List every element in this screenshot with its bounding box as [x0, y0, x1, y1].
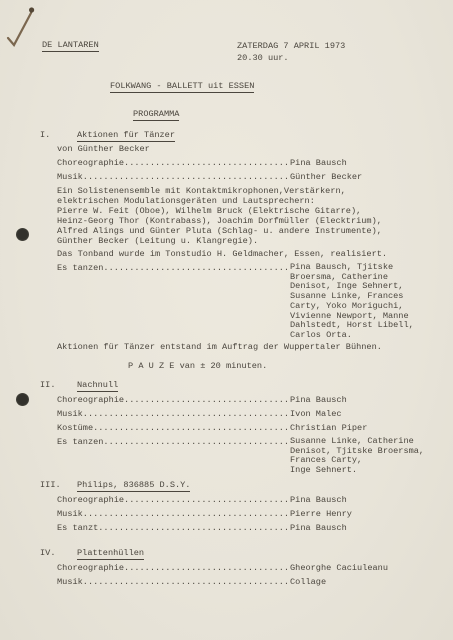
credit-label: Es tanzen [57, 263, 103, 273]
credit-label: Musik [57, 409, 83, 419]
paragraph-line: Alfred Alings und Günter Pluta (Schlag- … [57, 226, 382, 236]
program-heading: PROGRAMMA [133, 109, 179, 119]
company-title: FOLKWANG - BALLETT uit ESSEN [110, 81, 254, 91]
credit-row: Choreographie Gheorghe Caciuleanu [57, 563, 427, 573]
paragraph-line: Günther Becker (Leitung u. Klangregie). [57, 236, 382, 246]
credit-row: Musik Günther Becker [57, 172, 427, 182]
credit-value: Christian Piper [290, 423, 367, 433]
dancer-line: Inge Sehnert. [290, 466, 424, 476]
section-1-dancers: Es tanzen Pina Bausch, Tjitske Broersma,… [57, 263, 427, 345]
section-1-ensemble-paragraph: Ein Solistenensemble mit Kontaktmikropho… [57, 186, 382, 246]
credit-value: Pina Bausch [290, 523, 347, 533]
section-4-title: Plattenhüllen [77, 548, 144, 558]
credit-row: Musik Collage [57, 577, 427, 587]
credit-row: Musik Pierre Henry [57, 509, 427, 519]
credit-label: Choreographie [57, 563, 124, 573]
dot-leader [83, 172, 290, 182]
credit-value: Günther Becker [290, 172, 362, 182]
credit-label: Musik [57, 509, 83, 519]
dot-leader [83, 577, 290, 587]
time-line: 20.30 uur. [237, 52, 345, 64]
dot-leader [124, 563, 290, 573]
credit-row: Kostüme Christian Piper [57, 423, 427, 433]
dot-leader [103, 263, 290, 273]
dancers-list: Susanne Linke, Catherine Denisot, Tjitsk… [290, 437, 424, 476]
section-1-subtitle: von Günther Becker [57, 144, 150, 154]
section-3-numeral: III. [40, 480, 61, 490]
credit-row: Es tanzt Pina Bausch [57, 523, 427, 533]
credit-value: Gheorghe Caciuleanu [290, 563, 388, 573]
dot-leader [124, 158, 290, 168]
section-1-footnote: Aktionen für Tänzer entstand im Auftrag … [57, 342, 382, 352]
paragraph-line: Ein Solistenensemble mit Kontaktmikropho… [57, 186, 382, 196]
credit-value: Pina Bausch [290, 158, 347, 168]
venue-name-text: DE LANTAREN [42, 40, 99, 52]
paragraph-line: elektrischen Modulationsgeräten und Laut… [57, 196, 382, 206]
handwritten-checkmark-icon [3, 3, 37, 49]
dot-leader [124, 495, 290, 505]
section-2-title: Nachnull [77, 380, 118, 390]
dancer-line: Carlos Orta. [290, 331, 414, 341]
credit-row: Choreographie Pina Bausch [57, 158, 427, 168]
credit-label: Choreographie [57, 158, 124, 168]
credit-label: Choreographie [57, 495, 124, 505]
credit-value: Collage [290, 577, 326, 587]
section-1-credits: Choreographie Pina Bausch Musik Günther … [57, 158, 427, 186]
credit-row: Musik Ivon Malec [57, 409, 427, 419]
section-2-numeral: II. [40, 380, 55, 390]
credit-label: Es tanzen [57, 437, 103, 447]
credit-label: Kostüme [57, 423, 93, 433]
credit-value: Ivon Malec [290, 409, 342, 419]
venue-name: DE LANTAREN [42, 40, 99, 50]
section-4-credits: Choreographie Gheorghe Caciuleanu Musik … [57, 563, 427, 591]
section-3-credits: Choreographie Pina Bausch Musik Pierre H… [57, 495, 427, 537]
scanned-program-page: DE LANTAREN ZATERDAG 7 APRIL 1973 20.30 … [0, 0, 453, 640]
dot-leader [124, 395, 290, 405]
section-2-credits: Choreographie Pina Bausch Musik Ivon Mal… [57, 395, 427, 480]
section-1-tape-note: Das Tonband wurde im Tonstudio H. Geldma… [57, 249, 387, 259]
dot-leader [98, 523, 290, 533]
dancers-list: Pina Bausch, Tjitske Broersma, Catherine… [290, 263, 414, 341]
program-heading-text: PROGRAMMA [133, 109, 179, 121]
hole-punch-top [16, 228, 29, 241]
dot-leader [83, 409, 290, 419]
pause-line: P A U Z E van ± 20 minuten. [128, 361, 267, 371]
credit-row: Choreographie Pina Bausch [57, 495, 427, 505]
credit-row: Choreographie Pina Bausch [57, 395, 427, 405]
section-1-title: Aktionen für Tänzer [77, 130, 175, 140]
dot-leader [103, 437, 290, 447]
paragraph-line: Heinz-Georg Thor (Kontrabass), Joachim D… [57, 216, 382, 226]
section-1-numeral: I. [40, 130, 50, 140]
credit-value: Pierre Henry [290, 509, 352, 519]
section-4-numeral: IV. [40, 548, 55, 558]
credit-value: Pina Bausch [290, 495, 347, 505]
company-title-text: FOLKWANG - BALLETT uit ESSEN [110, 81, 254, 93]
credit-label: Musik [57, 577, 83, 587]
section-3-title: Philips, 836885 D.S.Y. [77, 480, 190, 490]
dancers-row: Es tanzen Pina Bausch, Tjitske Broersma,… [57, 263, 427, 341]
credit-label: Es tanzt [57, 523, 98, 533]
credit-label: Choreographie [57, 395, 124, 405]
credit-label: Musik [57, 172, 83, 182]
dot-leader [93, 423, 290, 433]
hole-punch-bottom [16, 393, 29, 406]
credit-value: Pina Bausch [290, 395, 347, 405]
paragraph-line: Pierre W. Feit (Oboe), Wilhelm Bruck (El… [57, 206, 382, 216]
date-time-block: ZATERDAG 7 APRIL 1973 20.30 uur. [237, 40, 345, 64]
date-line: ZATERDAG 7 APRIL 1973 [237, 40, 345, 52]
dancers-row: Es tanzen Susanne Linke, Catherine Denis… [57, 437, 427, 476]
dot-leader [83, 509, 290, 519]
